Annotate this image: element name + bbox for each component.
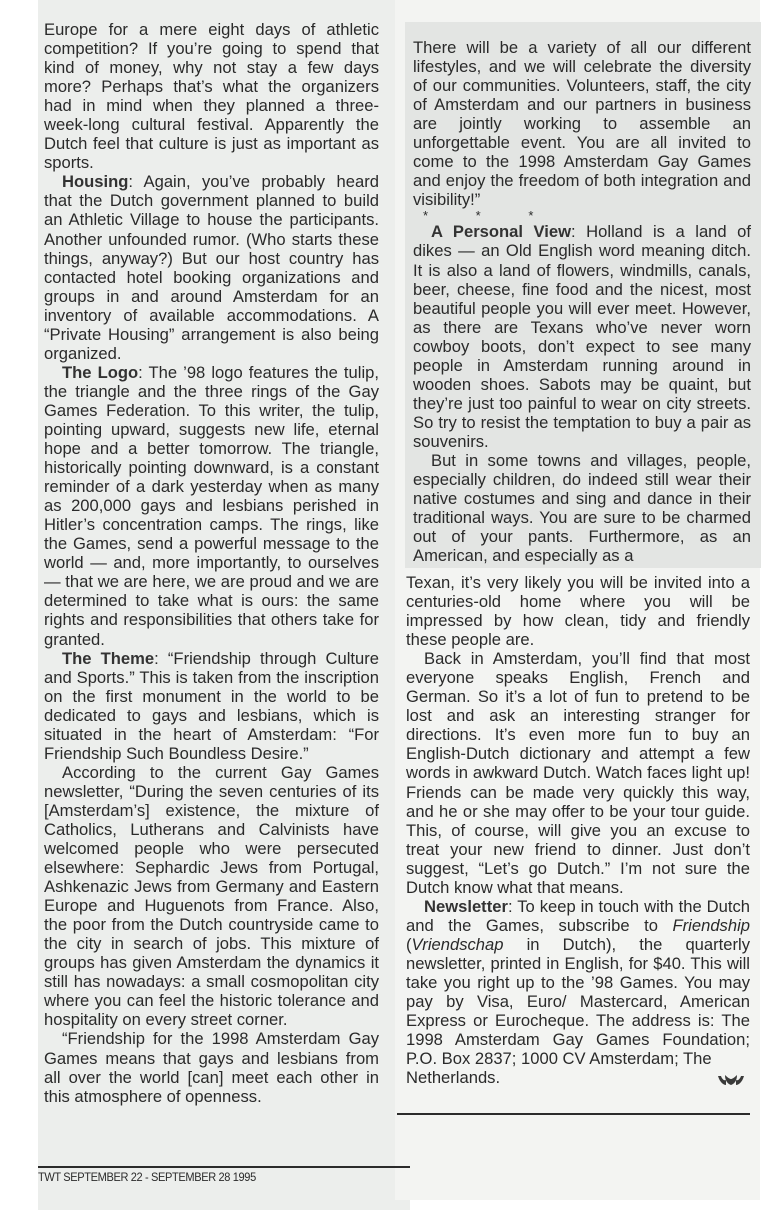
- heading-theme: The Theme: [62, 649, 154, 668]
- article-end-rule: [397, 1113, 750, 1115]
- heading-housing: Housing: [62, 172, 128, 191]
- paragraph-villages: But in some towns and villages, people, …: [413, 451, 751, 565]
- paragraph-housing: Housing: Again, you’ve probably heard th…: [44, 172, 379, 362]
- heading-logo: The Logo: [62, 363, 138, 382]
- right-column-top: There will be a variety of all our diffe…: [413, 38, 751, 565]
- paragraph-personal-view: A Personal View: Holland is a land of di…: [413, 222, 751, 451]
- right-column-bottom: Texan, it’s very likely you will be invi…: [406, 573, 750, 1087]
- left-column: Europe for a mere eight days of athletic…: [44, 20, 379, 1106]
- paragraph-friendship: “Friendship for the 1998 Amsterdam Gay G…: [44, 1029, 379, 1105]
- paragraph-newsletter-quote: According to the current Gay Games newsl…: [44, 763, 379, 1030]
- paragraph-theme: The Theme: “Friendship through Culture a…: [44, 649, 379, 763]
- page-footer: TWT SEPTEMBER 22 - SEPTEMBER 28 1995: [38, 1170, 256, 1184]
- newsletter-title-dutch: Vriendschap: [412, 935, 504, 954]
- last-line: Netherlands.: [406, 1068, 500, 1087]
- section-separator: * * *: [413, 209, 751, 222]
- newsletter-title-english: Friendship: [673, 916, 750, 935]
- heading-newsletter: Newsletter: [424, 897, 508, 916]
- footer-rule: [38, 1166, 410, 1168]
- paragraph-texan: Texan, it’s very likely you will be invi…: [406, 573, 750, 649]
- paragraph-intro: Europe for a mere eight days of athletic…: [44, 20, 379, 172]
- article-end-row: Netherlands.: [406, 1068, 750, 1087]
- paragraph-continuation: There will be a variety of all our diffe…: [413, 38, 751, 209]
- tulip-end-mark-icon: [716, 1073, 746, 1087]
- paragraph-back-in-amsterdam: Back in Amsterdam, you’ll find that most…: [406, 649, 750, 897]
- paragraph-logo: The Logo: The ’98 logo features the tuli…: [44, 363, 379, 649]
- paragraph-newsletter: Newsletter: To keep in touch with the Du…: [406, 897, 750, 1068]
- heading-personal-view: A Personal View: [431, 222, 571, 241]
